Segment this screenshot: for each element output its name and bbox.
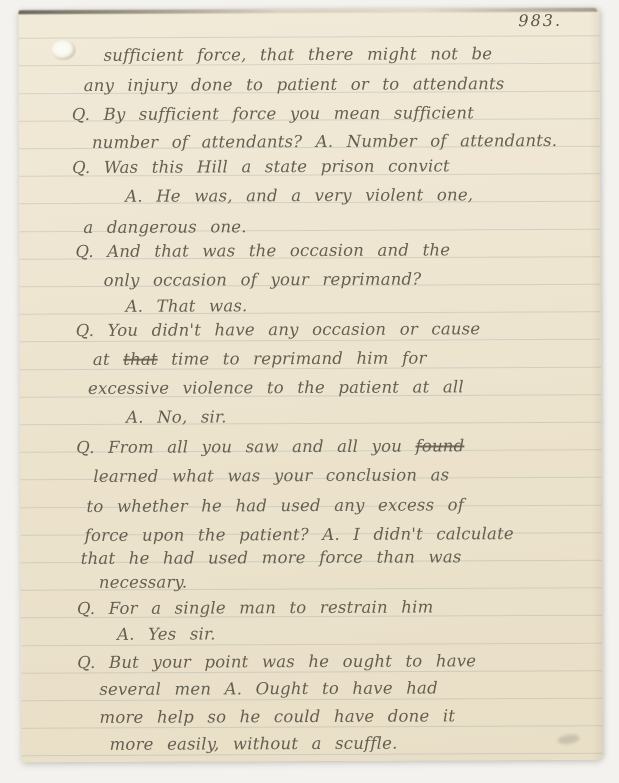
line-text: only occasion of your reprimand? (104, 270, 422, 290)
line-text: sufficient force, that there might not b… (104, 44, 493, 65)
manuscript-line: excessive violence to the patient at all (88, 376, 464, 400)
manuscript-line: necessary. (99, 572, 188, 594)
manuscript-line: more help so he could have done it (99, 705, 455, 729)
line-text: learned what was your conclusion as (93, 465, 449, 486)
manuscript-line: Q. Was this Hill a state prison convict (72, 155, 450, 179)
handwritten-text-block: sufficient force, that there might not b… (18, 8, 599, 11)
paper-hole-flaw (51, 40, 75, 60)
line-text: Q. From all you saw and all you (76, 437, 415, 457)
line-text: Q. You didn't have any occasion or cause (76, 319, 481, 340)
line-text: Q. Was this Hill a state prison convict (72, 156, 450, 177)
line-text: A. Yes sir. (117, 624, 216, 643)
manuscript-line: number of attendants? A. Number of atten… (92, 130, 557, 154)
line-text: A. He was, and a very violent one, (125, 185, 473, 206)
line-text: more easily, without a scuffle. (110, 734, 398, 754)
manuscript-page: 983. sufficient force, that there might … (18, 8, 602, 763)
manuscript-line: A. No, sir. (126, 406, 227, 428)
manuscript-line: A. That was. (126, 295, 248, 318)
manuscript-line: Q. But your point was he ought to have (77, 650, 476, 674)
manuscript-line: Q. By sufficient force you mean sufficie… (72, 102, 474, 126)
line-text: Q. And that was the occasion and the (75, 240, 450, 261)
manuscript-line: that he had used more force than was (81, 546, 462, 570)
manuscript-line: A. He was, and a very violent one, (125, 184, 473, 208)
line-text: any injury done to patient or to attenda… (84, 74, 505, 95)
manuscript-line: Q. For a single man to restrain him (77, 596, 434, 620)
line-text: Q. By sufficient force you mean sufficie… (72, 103, 474, 124)
smudge-mark (557, 733, 580, 745)
line-text: Q. But your point was he ought to have (77, 651, 476, 672)
manuscript-line: a dangerous one. (83, 216, 246, 239)
line-text: Q. For a single man to restrain him (77, 597, 434, 618)
line-text-after: time to reprimand him for (158, 348, 427, 368)
line-text: A. That was. (126, 296, 248, 316)
manuscript-line: only occasion of your reprimand? (103, 269, 421, 292)
manuscript-line: Q. You didn't have any occasion or cause (76, 318, 481, 342)
manuscript-line: force upon the patient? A. I didn't calc… (85, 523, 514, 547)
manuscript-line: to whether he had used any excess of (86, 494, 464, 518)
line-text: necessary. (99, 573, 188, 592)
line-text: force upon the patient? A. I didn't calc… (85, 524, 514, 545)
manuscript-line: at that time to reprimand him for (93, 347, 427, 370)
struck-word: that (123, 350, 158, 369)
line-text: number of attendants? A. Number of atten… (92, 131, 557, 152)
line-text: more help so he could have done it (99, 706, 455, 727)
manuscript-line: A. Yes sir. (117, 623, 216, 645)
struck-word: found (415, 436, 464, 455)
line-text: to whether he had used any excess of (86, 495, 464, 516)
manuscript-line: any injury done to patient or to attenda… (84, 73, 505, 97)
page-number: 983. (518, 11, 562, 30)
manuscript-line: Q. And that was the occasion and the (75, 239, 450, 263)
manuscript-line: more easily, without a scuffle. (110, 733, 398, 756)
line-text: excessive violence to the patient at all (88, 377, 464, 398)
line-text: a dangerous one. (83, 217, 246, 237)
line-text: at (93, 350, 123, 369)
manuscript-line: learned what was your conclusion as (93, 464, 449, 488)
line-text: A. No, sir. (126, 407, 227, 426)
manuscript-line: several men A. Ought to have had (99, 677, 438, 700)
manuscript-line: sufficient force, that there might not b… (104, 43, 493, 67)
line-text: several men A. Ought to have had (99, 678, 438, 698)
line-text: that he had used more force than was (81, 547, 462, 568)
manuscript-line: Q. From all you saw and all you found (76, 435, 464, 459)
